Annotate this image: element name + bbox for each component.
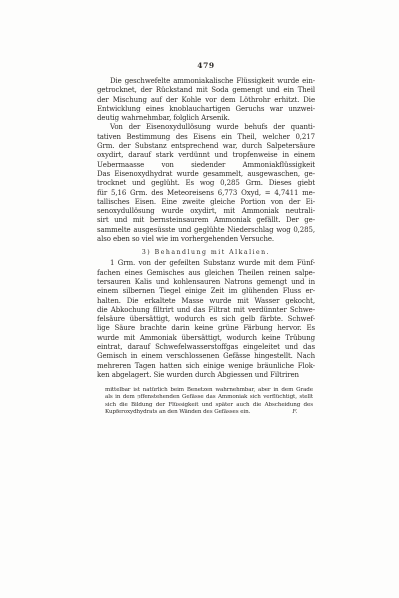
text-line: wurde mit Ammoniak übersättigt, wodurch …: [97, 334, 315, 343]
text-line: tallisches Eisen. Eine zweite gleiche Po…: [97, 198, 315, 207]
section-heading: 3) Behandlung mit Alkalien.: [97, 249, 315, 256]
text-line: oxydirt, darauf stark verdünnt und tropf…: [97, 151, 315, 160]
text-line: lige Säure brachte darin keine grüne Fär…: [97, 324, 315, 333]
text-line: tativen Bestimmung des Eisens ein Theil,…: [97, 133, 315, 142]
footnote-signature: F.: [292, 409, 297, 416]
book-page-scan: 479 Die geschwefelte ammoniakalische Flü…: [0, 0, 399, 598]
text-line: ken abgelagert. Sie wurden durch Abgiess…: [97, 371, 315, 380]
text-line: getrocknet, der Rückstand mit Soda gemen…: [97, 86, 315, 95]
text-line: mehreren Tagen hatten sich einige wenige…: [97, 362, 315, 371]
footnote: mittelbar ist natürlich beim Benetzen wa…: [97, 387, 313, 416]
text-line: halten. Die erkaltete Masse wurde mit Wa…: [97, 297, 315, 306]
text-line: deutig wahrnehmbar, folglich Arsenik.: [97, 114, 315, 123]
text-line: der Mischung auf der Kohle vor dem Löthr…: [97, 96, 315, 105]
paragraph-2: Von der Eisenoxydullösung wurde behufs d…: [97, 123, 315, 244]
text-line: Entwicklung eines knoblauchartigen Geruc…: [97, 105, 315, 114]
text-line: fachen eines Gemisches aus gleichen Thei…: [97, 269, 315, 278]
text-line: Gemisch in einem verschlossenen Gefässe …: [97, 352, 315, 361]
text-line: einem silbernen Tiegel einige Zeit im gl…: [97, 287, 315, 296]
text-line: sirt und mit bernsteinsaurem Ammoniak ge…: [97, 216, 315, 225]
text-line: trocknet und geglüht. Es wog 0,285 Grm. …: [97, 179, 315, 188]
text-line: tersauren Kalis und kohlensauren Natrons…: [97, 278, 315, 287]
paragraph-3: 1 Grm. von der gefeilten Substanz wurde …: [97, 259, 315, 380]
text-line: Die geschwefelte ammoniakalische Flüssig…: [97, 77, 315, 86]
text-line: eintrat, darauf Schwefelwasserstoffgas e…: [97, 343, 315, 352]
text-line: Das Eisenoxydhydrat wurde gesammelt, aus…: [97, 170, 315, 179]
footnote-last-line: Kupferoxydhydrats an den Wänden des Gefä…: [105, 409, 313, 416]
text-block: 479 Die geschwefelte ammoniakalische Flü…: [97, 61, 315, 416]
text-line: sammelte ausgesüsste und geglühte Nieder…: [97, 226, 315, 235]
footnote-line-text: Kupferoxydhydrats an den Wänden des Gefä…: [105, 409, 250, 416]
text-line: senoxydullösung wurde oxydirt, mit Ammon…: [97, 207, 315, 216]
text-line: also eben so viel wie im vorhergehenden …: [97, 235, 315, 244]
text-line: felsäure übersättigt, wodurch es sich ge…: [97, 315, 315, 324]
paragraph-1: Die geschwefelte ammoniakalische Flüssig…: [97, 77, 315, 123]
page-number: 479: [97, 61, 315, 70]
footnote-line: mittelbar ist natürlich beim Benetzen wa…: [105, 387, 313, 394]
text-line: die Abkochung filtrirt und das Filtrat m…: [97, 306, 315, 315]
text-line: Von der Eisenoxydullösung wurde behufs d…: [97, 123, 315, 132]
text-line: Grm. der Substanz entsprechend war, durc…: [97, 142, 315, 151]
scan-speck: [137, 396, 139, 399]
text-line: 1 Grm. von der gefeilten Substanz wurde …: [97, 259, 315, 268]
text-line: Uebermaasse von siedender Ammoniakflüssi…: [97, 161, 315, 170]
footnote-line: sich die Bildung der Flüssigkeit und spä…: [105, 402, 313, 409]
text-line: für 5,16 Grm. des Meteoreisens 6,773 Oxy…: [97, 189, 315, 198]
